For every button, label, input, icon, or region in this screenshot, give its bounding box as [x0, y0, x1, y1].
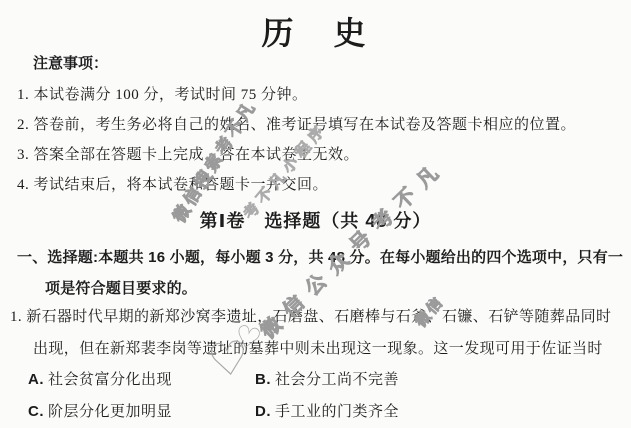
question-1-line-2: 出现，但在新郑裴李岗等遗址的墓葬中则未出现这一现象。这一发现可用于佐证当时 — [33, 337, 603, 358]
option-a-text: 社会贫富分化出现 — [48, 371, 172, 388]
option-a: A.社会贫富分化出现 — [28, 368, 172, 389]
notice-item-1: 1. 本试卷满分 100 分，考试时间 75 分钟。 — [17, 83, 308, 104]
option-b-text: 社会分工尚不完善 — [275, 371, 399, 388]
page-title: 历 史 — [0, 8, 631, 54]
section-intro-line-2: 项是符合题目要求的。 — [45, 277, 197, 298]
option-d-label: D. — [255, 403, 271, 420]
question-1-line-1: 1. 新石器时代早期的新郑沙窝李遗址，石磨盘、石磨棒与石斧、石镰、石铲等随葬品同… — [10, 305, 611, 326]
section-title: 第Ⅰ卷 选择题（共 48 分） — [0, 207, 631, 233]
notice-heading: 注意事项： — [33, 52, 108, 73]
option-c-label: C. — [28, 403, 44, 420]
option-d-text: 手工业的门类齐全 — [275, 403, 399, 420]
wechat-logo-icon: ♡ ♡ — [208, 324, 268, 388]
option-a-label: A. — [28, 371, 44, 388]
option-b: B.社会分工尚不完善 — [255, 368, 399, 389]
exam-paper-scan: 微信搜索考不凡 考不凡小程序 微信公众号考不凡 微信 ♡ ♡ 历 史 注意事项：… — [0, 0, 631, 428]
option-d: D.手工业的门类齐全 — [255, 400, 399, 421]
option-c: C.阶层分化更加明显 — [28, 400, 172, 421]
heart-icon: ♡ — [231, 321, 264, 357]
option-c-text: 阶层分化更加明显 — [48, 403, 172, 420]
notice-item-2: 2. 答卷前，考生务必将自己的姓名、准考证号填写在本试卷及答题卡相应的位置。 — [17, 113, 576, 134]
